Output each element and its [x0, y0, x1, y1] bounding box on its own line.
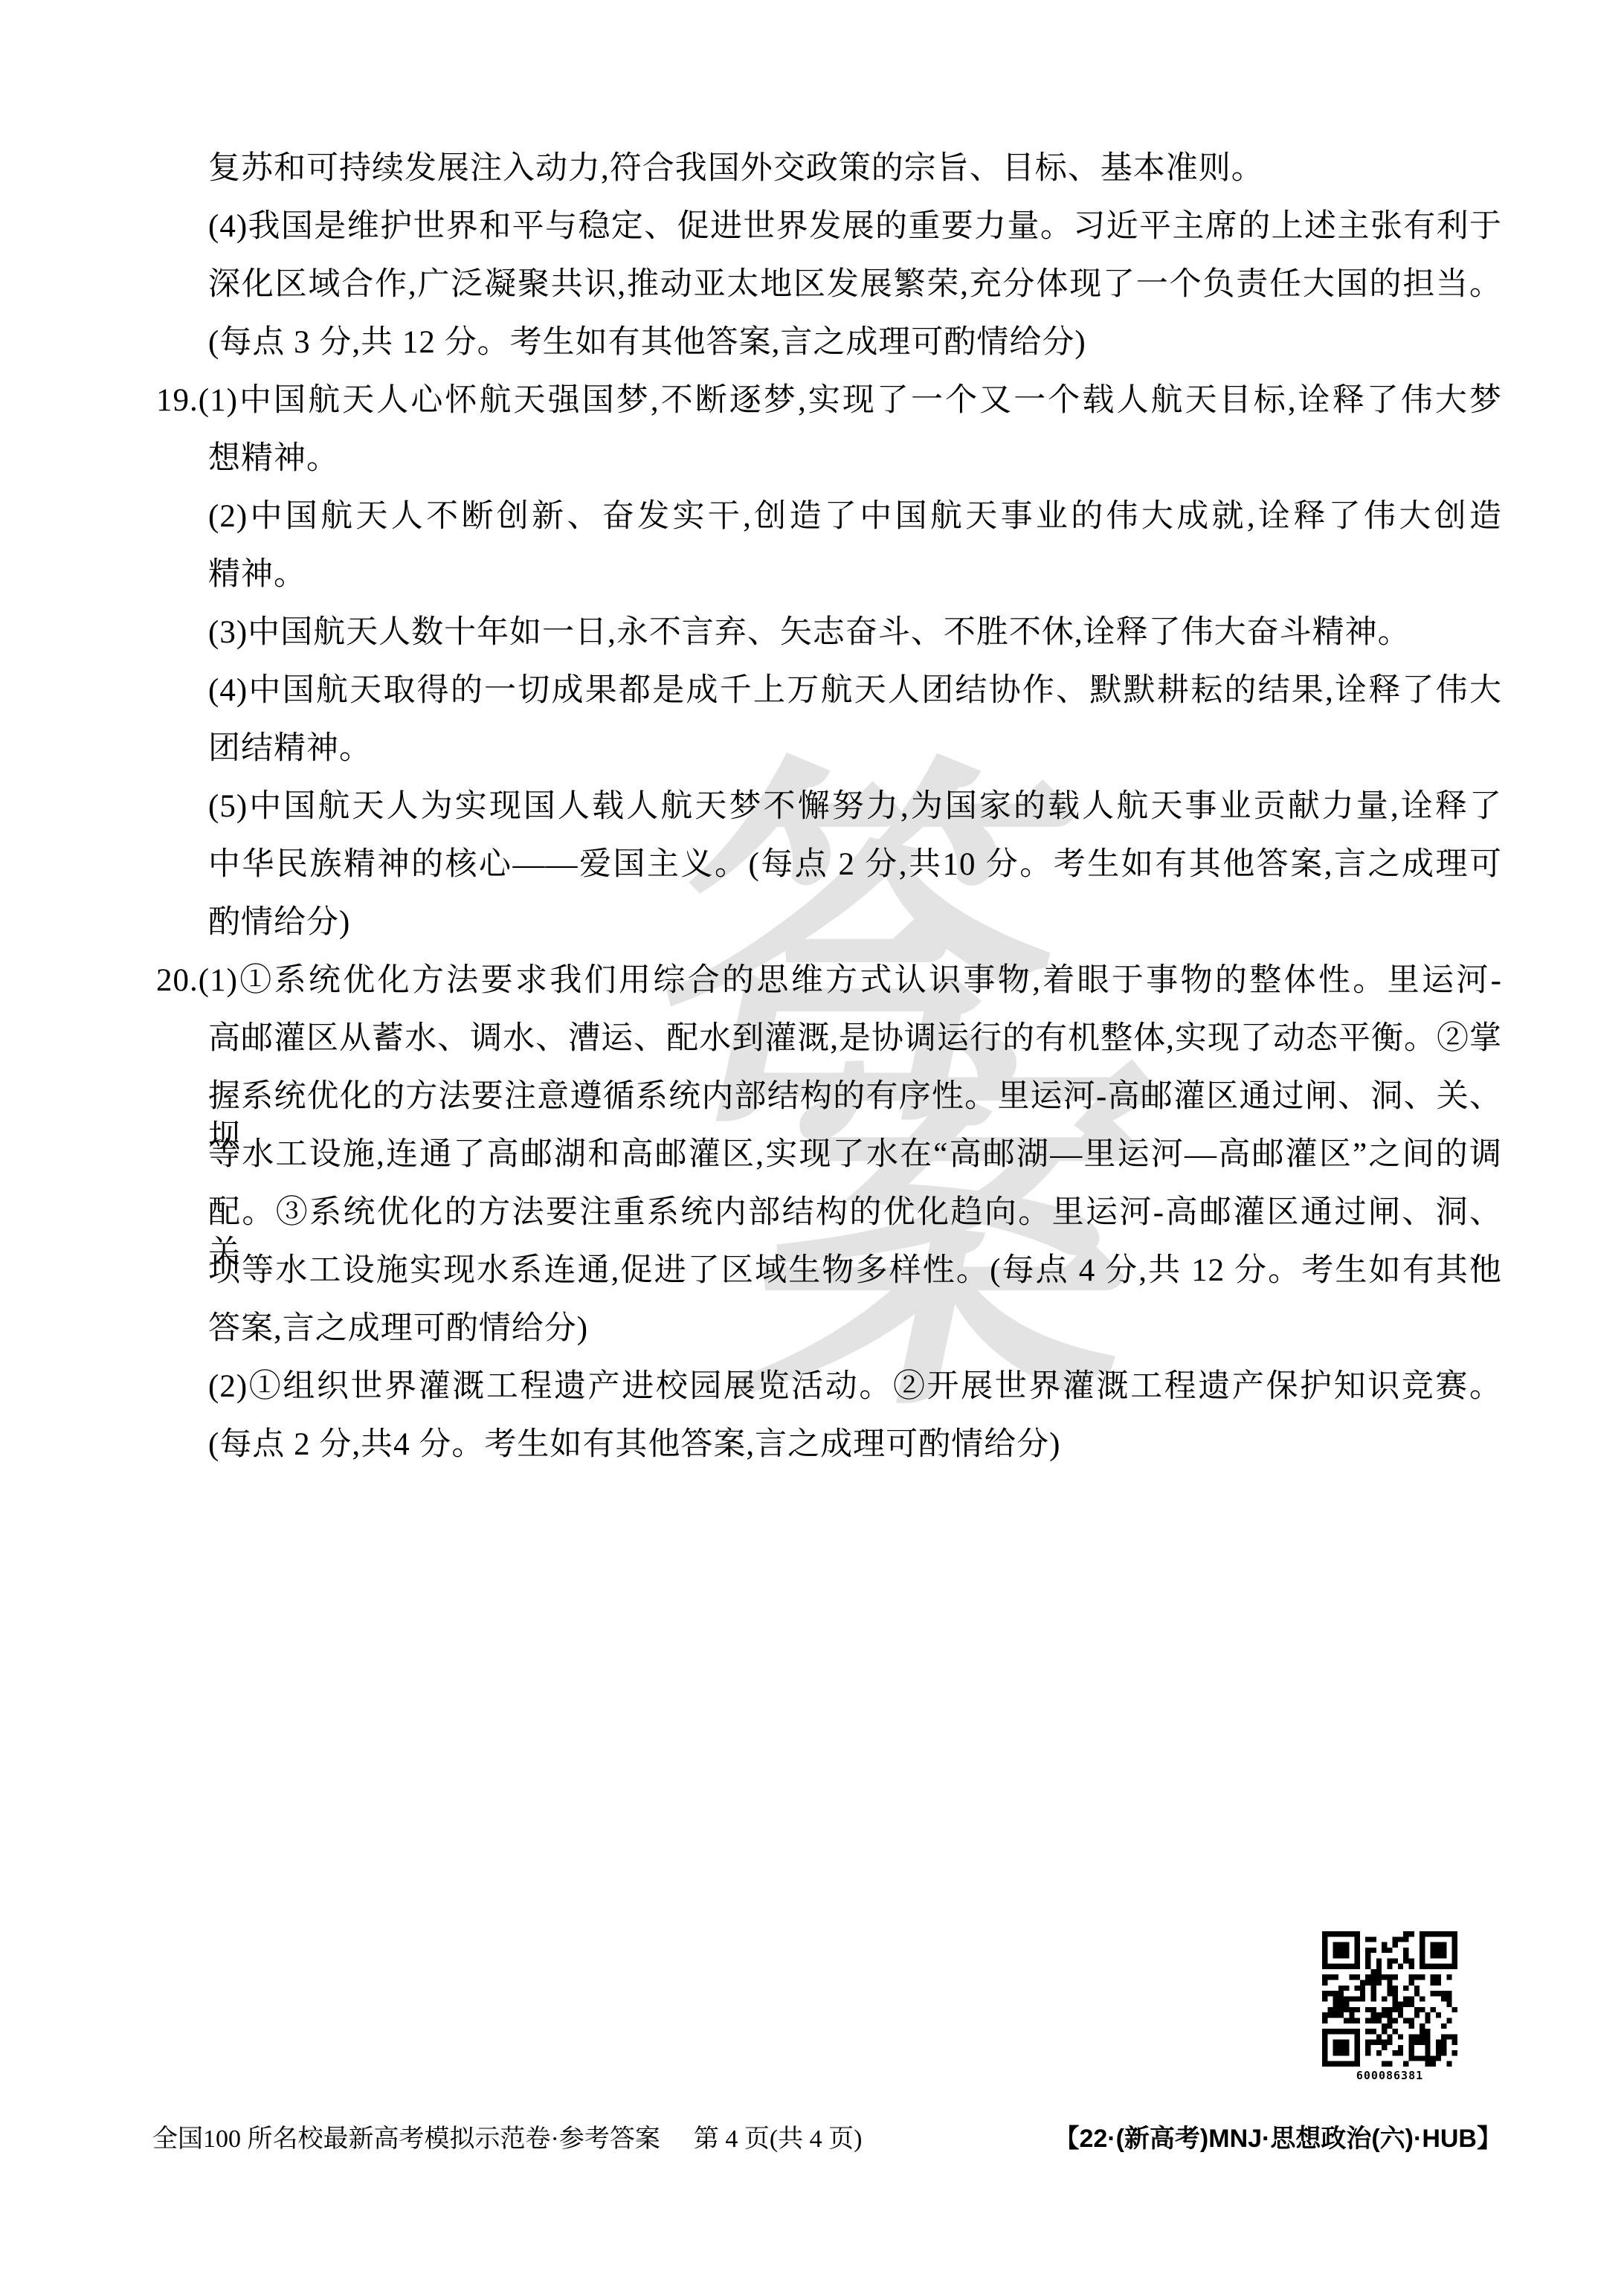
text-line-1: 复苏和可持续发展注入动力,符合我国外交政策的宗旨、目标、基本准则。 — [208, 149, 1502, 189]
text-line-15-answer-20: 20.(1)①系统优化方法要求我们用综合的思维方式认识事物,着眼于事物的整体性。… — [156, 961, 1502, 1001]
qr-code — [1322, 1930, 1457, 2068]
text-line-12: (5)中国航天人为实现国人载人航天梦不懈努力,为国家的载人航天事业贡献力量,诠释… — [208, 787, 1502, 827]
text-line-4: (每点 3 分,共 12 分。考生如有其他答案,言之成理可酌情给分) — [208, 323, 1502, 363]
text-line-18: 等水工设施,连通了高邮湖和高邮灌区,实现了水在“高邮湖—里运河—高邮灌区”之间的… — [208, 1135, 1502, 1175]
footer-publication-title: 全国100 所名校最新高考模拟示范卷·参考答案 — [152, 2118, 660, 2154]
text-line-9: (3)中国航天人数十年如一日,永不言弃、矢志奋斗、不胜不休,诠释了伟大奋斗精神。 — [208, 613, 1502, 653]
text-line-16: 高邮灌区从蓄水、调水、漕运、配水到灌溉,是协调运行的有机整体,实现了动态平衡。②… — [208, 1019, 1502, 1059]
text-line-21: 答案,言之成理可酌情给分) — [208, 1309, 1502, 1349]
text-line-3: 深化区域合作,广泛凝聚共识,推动亚太地区发展繁荣,充分体现了一个负责任大国的担当… — [208, 265, 1502, 305]
text-line-6: 想精神。 — [208, 439, 1502, 479]
text-line-23: (每点 2 分,共4 分。考生如有其他答案,言之成理可酌情给分) — [208, 1425, 1502, 1465]
text-line-13: 中华民族精神的核心——爱国主义。(每点 2 分,共10 分。考生如有其他答案,言… — [208, 845, 1502, 885]
footer-exam-code: 【22·(新高考)MNJ·思想政治(六)·HUB】 — [1054, 2118, 1502, 2154]
text-line-8: 精神。 — [208, 555, 1502, 595]
answer-sheet-page: 答 案 复苏和可持续发展注入动力,符合我国外交政策的宗旨、目标、基本准则。 (4… — [0, 0, 1624, 2283]
text-line-5-answer-19: 19.(1)中国航天人心怀航天强国梦,不断逐梦,实现了一个又一个载人航天目标,诠… — [156, 381, 1502, 421]
text-line-22: (2)①组织世界灌溉工程遗产进校园展览活动。②开展世界灌溉工程遗产保护知识竞赛。 — [208, 1367, 1502, 1407]
text-line-20: 坝等水工设施实现水系连通,促进了区域生物多样性。(每点 4 分,共 12 分。考… — [208, 1251, 1502, 1291]
footer-page-number: 第 4 页(共 4 页) — [694, 2118, 863, 2154]
text-line-10: (4)中国航天取得的一切成果都是成千上万航天人团结协作、默默耕耘的结果,诠释了伟… — [208, 671, 1502, 711]
text-line-14: 酌情给分) — [208, 903, 1502, 943]
text-line-2: (4)我国是维护世界和平与稳定、促进世界发展的重要力量。习近平主席的上述主张有利… — [208, 207, 1502, 247]
qr-code-number: 600086381 — [1322, 2069, 1457, 2082]
text-line-7: (2)中国航天人不断创新、奋发实干,创造了中国航天事业的伟大成就,诠释了伟大创造 — [208, 497, 1502, 537]
text-line-11: 团结精神。 — [208, 729, 1502, 769]
page-footer: 全国100 所名校最新高考模拟示范卷·参考答案 第 4 页(共 4 页) 【22… — [152, 2118, 1502, 2154]
